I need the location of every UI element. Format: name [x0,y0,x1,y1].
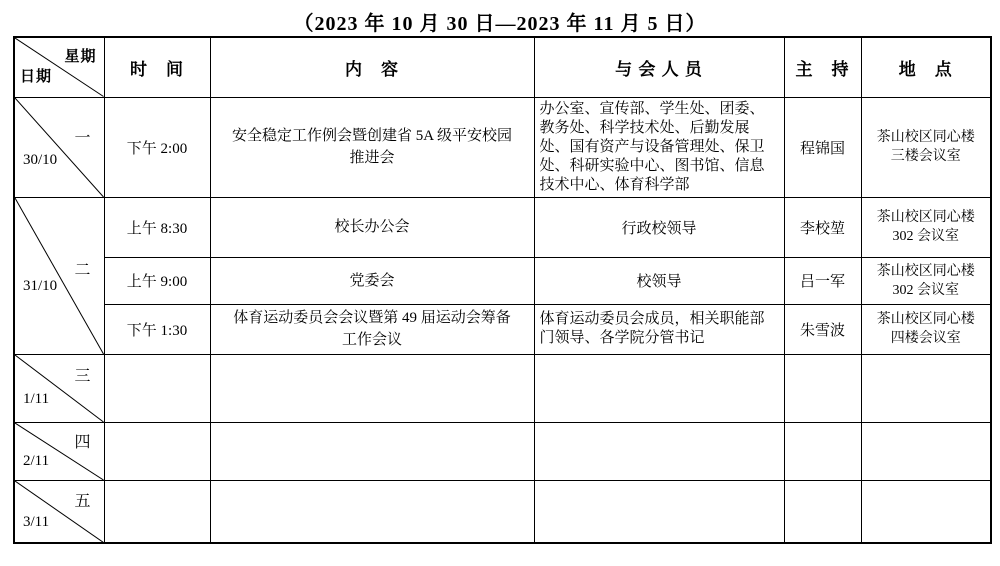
content-cell: 校长办公会 [210,197,534,257]
table-row: 四 2/11 [14,422,991,480]
header-content: 内 容 [210,37,534,97]
content-cell: 党委会 [210,257,534,304]
header-host: 主 持 [784,37,861,97]
attendees-cell: 行政校领导 [534,197,784,257]
diagonal-line [15,38,104,97]
host-cell [784,480,861,543]
day-cell-wed: 三 1/11 [14,354,104,422]
location-cell: 茶山校区同心楼302 会议室 [861,197,991,257]
corner-header-cell: 星期 日期 [14,37,104,97]
table-row: 五 3/11 [14,480,991,543]
location-cell [861,480,991,543]
weekday-label: 五 [74,494,90,510]
content-cell: 安全稳定工作例会暨创建省 5A 级平安校园推进会 [210,97,534,197]
time-cell: 上午 9:00 [104,257,210,304]
schedule-table: 星期 日期 时 间 内 容 与 会 人 员 主 持 地 点 一 30/10 下午… [13,36,992,544]
content-cell [210,480,534,543]
date-label: 30/10 [23,153,57,168]
time-cell: 下午 2:00 [104,97,210,197]
location-cell: 茶山校区同心楼三楼会议室 [861,97,991,197]
time-cell [104,354,210,422]
host-cell: 朱雪波 [784,304,861,354]
table-row: 二 31/10 上午 8:30 校长办公会 行政校领导 李校堃 茶山校区同心楼3… [14,197,991,257]
attendees-cell [534,354,784,422]
host-cell [784,354,861,422]
host-cell: 吕一军 [784,257,861,304]
date-label: 31/10 [23,279,57,294]
content-cell: 体育运动委员会会议暨第 49 届运动会筹备工作会议 [210,304,534,354]
attendees-cell [534,480,784,543]
attendees-cell: 校领导 [534,257,784,304]
time-cell: 下午 1:30 [104,304,210,354]
time-cell [104,422,210,480]
day-cell-fri: 五 3/11 [14,480,104,543]
host-cell: 程锦国 [784,97,861,197]
location-cell [861,354,991,422]
weekday-label: 一 [74,131,90,147]
date-label: 2/11 [23,454,49,469]
location-cell: 茶山校区同心楼302 会议室 [861,257,991,304]
table-row: 下午 1:30 体育运动委员会会议暨第 49 届运动会筹备工作会议 体育运动委员… [14,304,991,354]
weekday-label: 二 [74,263,90,279]
attendees-cell: 体育运动委员会成员，相关职能部门领导、各学院分管书记 [534,304,784,354]
day-cell-tue: 二 31/10 [14,197,104,354]
content-cell [210,422,534,480]
header-attendees: 与 会 人 员 [534,37,784,97]
weekday-label: 三 [74,369,90,385]
day-cell-mon: 一 30/10 [14,97,104,197]
attendees-cell: 办公室、宣传部、学生处、团委、教务处、科学技术处、后勤发展处、国有资产与设备管理… [534,97,784,197]
host-cell [784,422,861,480]
table-row: 三 1/11 [14,354,991,422]
table-row: 上午 9:00 党委会 校领导 吕一军 茶山校区同心楼302 会议室 [14,257,991,304]
date-label: 1/11 [23,392,49,407]
weekday-label: 四 [74,435,90,451]
host-cell: 李校堃 [784,197,861,257]
header-location: 地 点 [861,37,991,97]
day-cell-thu: 四 2/11 [14,422,104,480]
diagonal-line [15,481,104,543]
location-cell [861,422,991,480]
date-label: 3/11 [23,515,49,530]
time-cell [104,480,210,543]
corner-week-label: 星期 [64,50,96,65]
header-row: 星期 日期 时 间 内 容 与 会 人 员 主 持 地 点 [14,37,991,97]
content-cell [210,354,534,422]
page-title: （2023 年 10 月 30 日—2023 年 11 月 5 日） [0,0,1000,36]
location-cell: 茶山校区同心楼四楼会议室 [861,304,991,354]
corner-date-label: 日期 [20,70,52,85]
table-row: 一 30/10 下午 2:00 安全稳定工作例会暨创建省 5A 级平安校园推进会… [14,97,991,197]
header-time: 时 间 [104,37,210,97]
diagonal-line [15,355,104,422]
time-cell: 上午 8:30 [104,197,210,257]
attendees-cell [534,422,784,480]
